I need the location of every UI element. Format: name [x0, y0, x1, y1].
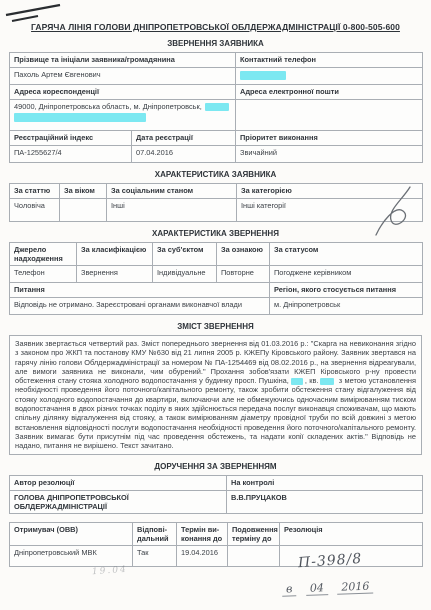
handwritten-date: в 04 2016	[282, 579, 380, 595]
appeal-content-text: Заявник звертається четвертий раз. Зміст…	[9, 335, 422, 455]
profile-header-age: За віком	[60, 184, 107, 199]
email-value-cell	[236, 100, 423, 131]
document-title: ГАРЯЧА ЛІНІЯ ГОЛОВИ ДНІПРОПЕТРОВСЬКОЇ ОБ…	[9, 22, 422, 32]
region-value: м. Дніпропетровськ	[270, 298, 423, 315]
email-label: Адреса електронної пошти	[236, 85, 423, 100]
recipient-value-extension	[228, 546, 280, 567]
handwritten-date-part2: 04	[306, 581, 328, 596]
redaction-address-line1	[205, 103, 229, 111]
redaction-apartment-number	[320, 378, 334, 385]
phone-value-cell	[236, 68, 423, 85]
section-title-applicant: ЗВЕРНЕННЯ ЗАЯВНИКА	[9, 39, 422, 48]
handwritten-date-part1: в	[282, 582, 297, 596]
pen-stroke-mark	[4, 2, 68, 26]
recipient-value-deadline: 19.04.2016	[177, 546, 228, 567]
appeal-value-source: Телефон	[10, 266, 77, 283]
appeal-header-status: За статусом	[270, 243, 423, 266]
recipient-header-deadline: Термін ви-конання до	[177, 523, 228, 546]
redaction-phone	[240, 71, 286, 80]
reg-index-label: Реєстраційний індекс	[10, 131, 132, 146]
appeal-profile-table: Джерело надходження За класифікацією За …	[9, 242, 423, 315]
applicant-profile-table: За статтю За віком За соціальним станом …	[9, 183, 423, 222]
reg-date-label: Дата реєстрації	[132, 131, 236, 146]
handwritten-faint-date: 19.04	[92, 565, 128, 577]
content-text-part2: , кв.	[305, 376, 319, 385]
priority-value: Звичайний	[236, 146, 423, 163]
appeal-header-subject: За суб'єктом	[153, 243, 217, 266]
redaction-house-number	[291, 378, 303, 385]
applicant-table: Прізвище та ініціали заявника/громадянин…	[9, 52, 423, 163]
profile-value-age	[60, 199, 107, 222]
resolution-author-value: ГОЛОВА ДНІПРОПЕТРОВСЬКОЇ ОБЛДЕРЖАДМІНІСТ…	[10, 491, 227, 514]
recipient-header-ovv: Отримувач (ОВВ)	[10, 523, 133, 546]
region-label: Регіон, якого стосується питання	[270, 283, 423, 298]
appeal-header-classification: За класифікацією	[77, 243, 153, 266]
name-value: Пахоль Артем Євгенович	[10, 68, 236, 85]
recipient-header-extension: Подовження терміну до	[228, 523, 280, 546]
profile-value-gender: Чоловіча	[10, 199, 60, 222]
signature-squiggle	[366, 184, 420, 238]
appeal-value-attribute: Повторне	[217, 266, 270, 283]
profile-header-social: За соціальним станом	[107, 184, 237, 199]
appeal-header-source: Джерело надходження	[10, 243, 77, 266]
handwritten-case-number: П-398/8	[298, 551, 363, 571]
content-text-part3: з метою установлення необхідності провед…	[15, 376, 416, 450]
profile-header-gender: За статтю	[10, 184, 60, 199]
resolution-author-label: Автор резолюції	[10, 476, 227, 491]
address-value: 49000, Дніпропетровська область, м. Дніп…	[14, 102, 202, 111]
appeal-value-classification: Звернення	[77, 266, 153, 283]
on-control-label: На контролі	[227, 476, 423, 491]
recipient-value-responsible: Так	[133, 546, 177, 567]
appeal-value-subject: Індивідуальне	[153, 266, 217, 283]
appeal-value-status: Погоджене керівником	[270, 266, 423, 283]
priority-label: Пріоритет виконання	[236, 131, 423, 146]
section-title-applicant-profile: ХАРАКТЕРИСТИКА ЗАЯВНИКА	[9, 170, 422, 179]
resolution-table: Автор резолюції На контролі ГОЛОВА ДНІПР…	[9, 475, 423, 514]
redaction-address-line2	[14, 113, 146, 122]
section-title-assignment: ДОРУЧЕННЯ ЗА ЗВЕРНЕННЯМ	[9, 462, 422, 471]
recipient-header-resolution: Резолюція	[280, 523, 423, 546]
section-title-content: ЗМІСТ ЗВЕРНЕННЯ	[9, 322, 422, 331]
reg-index-value: ПА-1255627/4	[10, 146, 132, 163]
question-label: Питання	[10, 283, 270, 298]
profile-value-social: Інші	[107, 199, 237, 222]
section-title-appeal-profile: ХАРАКТЕРИСТИКА ЗВЕРНЕННЯ	[9, 229, 422, 238]
question-value: Відповідь не отримано. Зареєстровані орг…	[10, 298, 270, 315]
recipient-header-responsible: Відпові-дальний	[133, 523, 177, 546]
phone-label: Контактний телефон	[236, 53, 423, 68]
name-label: Прізвище та ініціали заявника/громадянин…	[10, 53, 236, 68]
appeal-header-attribute: За ознакою	[217, 243, 270, 266]
address-label: Адреса кореспонденції	[10, 85, 236, 100]
on-control-value: В.В.ПРУЦАКОВ	[227, 491, 423, 514]
recipient-value-ovv: Дніпропетровський МВК	[10, 546, 133, 567]
reg-date-value: 07.04.2016	[132, 146, 236, 163]
handwritten-date-part3: 2016	[337, 580, 373, 595]
scanned-document-page: ГАРЯЧА ЛІНІЯ ГОЛОВИ ДНІПРОПЕТРОВСЬКОЇ ОБ…	[0, 0, 431, 610]
address-value-cell: 49000, Дніпропетровська область, м. Дніп…	[10, 100, 236, 131]
